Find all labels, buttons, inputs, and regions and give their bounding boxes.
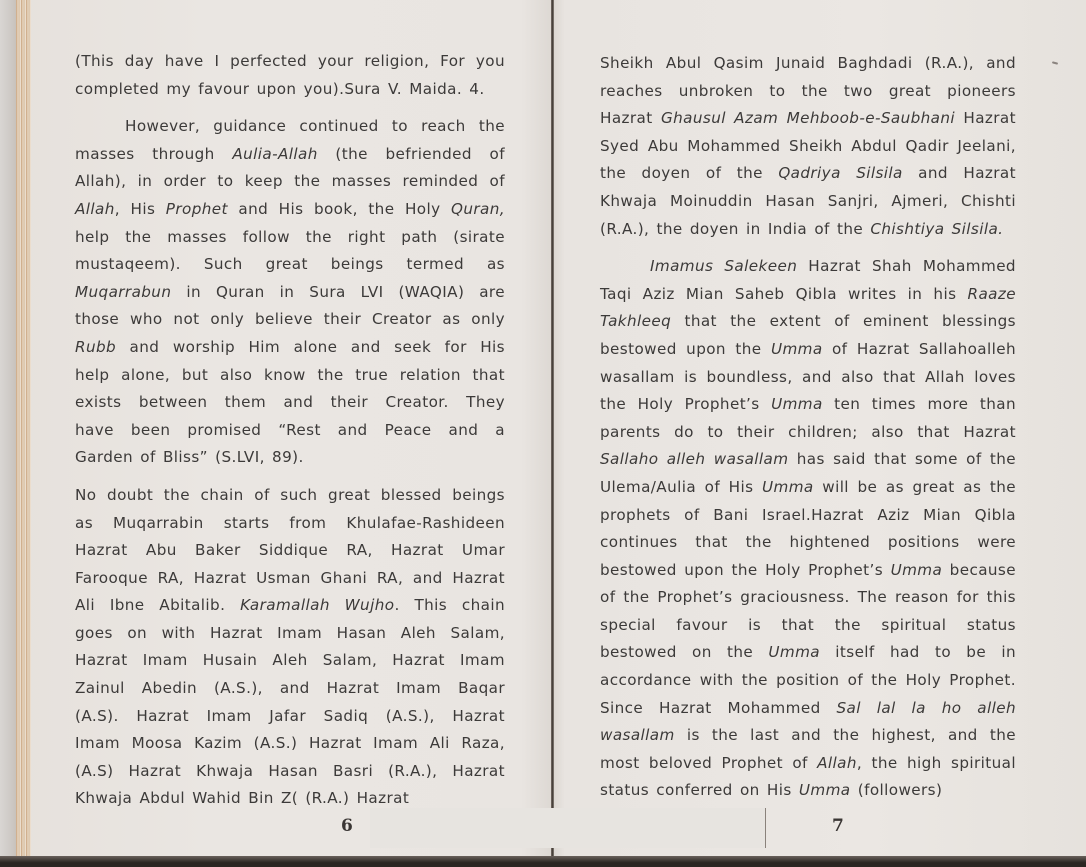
text-line: Since Hazrat Mohammed Sal lal la ho alle… xyxy=(600,695,1016,723)
left-page: (This day have I perfected your religion… xyxy=(31,0,551,858)
text-line: goes on with Hazrat Imam Hasan Aleh Sala… xyxy=(75,620,505,648)
text-line: special favour is that the spiritual sta… xyxy=(600,612,1016,640)
text-line: most beloved Prophet of Allah, the high … xyxy=(600,750,1016,778)
text-line: Imam Moosa Kazim (A.S.) Hazrat Imam Ali … xyxy=(75,730,505,758)
text-line: accordance with the position of the Holy… xyxy=(600,667,1016,695)
text-line: the doyen of the Qadriya Silsila and Haz… xyxy=(600,160,1016,188)
text-line: Allah, His Prophet and His book, the Hol… xyxy=(75,196,505,224)
paragraph-gap xyxy=(75,472,505,482)
page-number: 6 xyxy=(341,816,353,836)
text-line: No doubt the chain of such great blessed… xyxy=(75,482,505,510)
text-line: Takhleeq that the extent of eminent bles… xyxy=(600,308,1016,336)
text-line: Sheikh Abul Qasim Junaid Baghdadi (R.A.)… xyxy=(600,50,1016,78)
text-line: of the Prophet’s graciousness. The reaso… xyxy=(600,584,1016,612)
text-line: help alone, but also know the true relat… xyxy=(75,362,505,390)
text-line: those who not only believe their Creator… xyxy=(75,306,505,334)
text-line: Hazrat Imam Husain Aleh Salam, Hazrat Im… xyxy=(75,647,505,675)
text-line: as Muqarrabin starts from Khulafae-Rashi… xyxy=(75,510,505,538)
paragraph: However, guidance continued to reach the… xyxy=(75,113,505,472)
text-line: completed my favour upon you).Sura V. Ma… xyxy=(75,76,505,104)
page-stack-edges xyxy=(16,0,31,858)
text-line: Zainul Abedin (A.S.), and Hazrat Imam Ba… xyxy=(75,675,505,703)
paragraph: (This day have I perfected your religion… xyxy=(75,48,505,103)
text-line: Ali Ibne Abitalib. Karamallah Wujho. Thi… xyxy=(75,592,505,620)
text-line: wasallam is the last and the highest, an… xyxy=(600,722,1016,750)
left-page-text: (This day have I perfected your religion… xyxy=(75,48,505,813)
paragraph-gap xyxy=(75,103,505,113)
text-line: Muqarrabun in Quran in Sura LVI (WAQIA) … xyxy=(75,279,505,307)
text-line: mustaqeem). Such great beings termed as xyxy=(75,251,505,279)
text-line: prophets of Bani Israel.Hazrat Aziz Mian… xyxy=(600,502,1016,530)
text-line: status conferred on His Umma (followers) xyxy=(600,777,1016,805)
text-line: Ulema/Aulia of His Umma will be as great… xyxy=(600,474,1016,502)
book-cover-edge xyxy=(0,0,16,858)
text-line: the Holy Prophet’s Umma ten times more t… xyxy=(600,391,1016,419)
paragraph: No doubt the chain of such great blessed… xyxy=(75,482,505,813)
text-line: Syed Abu Mohammed Sheikh Abdul Qadir Jee… xyxy=(600,133,1016,161)
text-line: help the masses follow the right path (s… xyxy=(75,224,505,252)
text-line: (A.S) Hazrat Khwaja Hasan Basri (R.A.), … xyxy=(75,758,505,786)
text-line: Khwaja Moinuddin Hasan Sanjri, Ajmeri, C… xyxy=(600,188,1016,216)
text-line: bestowed upon the Holy Prophet’s Umma be… xyxy=(600,557,1016,585)
book-spine-gutter xyxy=(551,0,554,858)
text-line: Hazrat Ghausul Azam Mehboob-e-Saubhani H… xyxy=(600,105,1016,133)
page-number: 7 xyxy=(832,816,844,836)
text-line: parents do to their children; also that … xyxy=(600,419,1016,447)
paragraph: Imamus Salekeen Hazrat Shah MohammedTaqi… xyxy=(600,253,1016,805)
text-line: Rubb and worship Him alone and seek for … xyxy=(75,334,505,362)
book-spread: (This day have I perfected your religion… xyxy=(0,0,1086,858)
text-line: exists between them and their Creator. T… xyxy=(75,389,505,417)
text-line: Garden of Bliss” (S.LVI, 89). xyxy=(75,444,505,472)
text-line: Imamus Salekeen Hazrat Shah Mohammed xyxy=(600,253,1016,281)
text-line: (R.A.), the doyen in India of the Chisht… xyxy=(600,216,1016,244)
text-line: (This day have I perfected your religion… xyxy=(75,48,505,76)
right-page: Sheikh Abul Qasim Junaid Baghdadi (R.A.)… xyxy=(556,0,1086,858)
right-page-text: Sheikh Abul Qasim Junaid Baghdadi (R.A.)… xyxy=(600,50,1016,805)
text-line: (A.S). Hazrat Imam Jafar Sadiq (A.S.), H… xyxy=(75,703,505,731)
text-line: bestowed upon the Umma of Hazrat Sallaho… xyxy=(600,336,1016,364)
text-line: masses through Aulia-Allah (the befriend… xyxy=(75,141,505,169)
paragraph-gap xyxy=(600,243,1016,253)
paper-patch-overlay xyxy=(370,808,766,848)
text-line: wasallam is boundless, and also that All… xyxy=(600,364,1016,392)
text-line: Allah), in order to keep the masses remi… xyxy=(75,168,505,196)
paragraph: Sheikh Abul Qasim Junaid Baghdadi (R.A.)… xyxy=(600,50,1016,243)
text-line: bestowed on the Umma itself had to be in xyxy=(600,639,1016,667)
text-line: have been promised “Rest and Peace and a xyxy=(75,417,505,445)
text-line: Farooque RA, Hazrat Usman Ghani RA, and … xyxy=(75,565,505,593)
text-line: reaches unbroken to the two great pionee… xyxy=(600,78,1016,106)
text-line: Taqi Aziz Mian Saheb Qibla writes in his… xyxy=(600,281,1016,309)
text-line: However, guidance continued to reach the xyxy=(75,113,505,141)
text-line: Sallaho alleh wasallam has said that som… xyxy=(600,446,1016,474)
text-line: Hazrat Abu Baker Siddique RA, Hazrat Uma… xyxy=(75,537,505,565)
ink-smudge xyxy=(1052,61,1058,64)
text-line: continues that the hightened positions w… xyxy=(600,529,1016,557)
bottom-shadow xyxy=(0,856,1086,867)
